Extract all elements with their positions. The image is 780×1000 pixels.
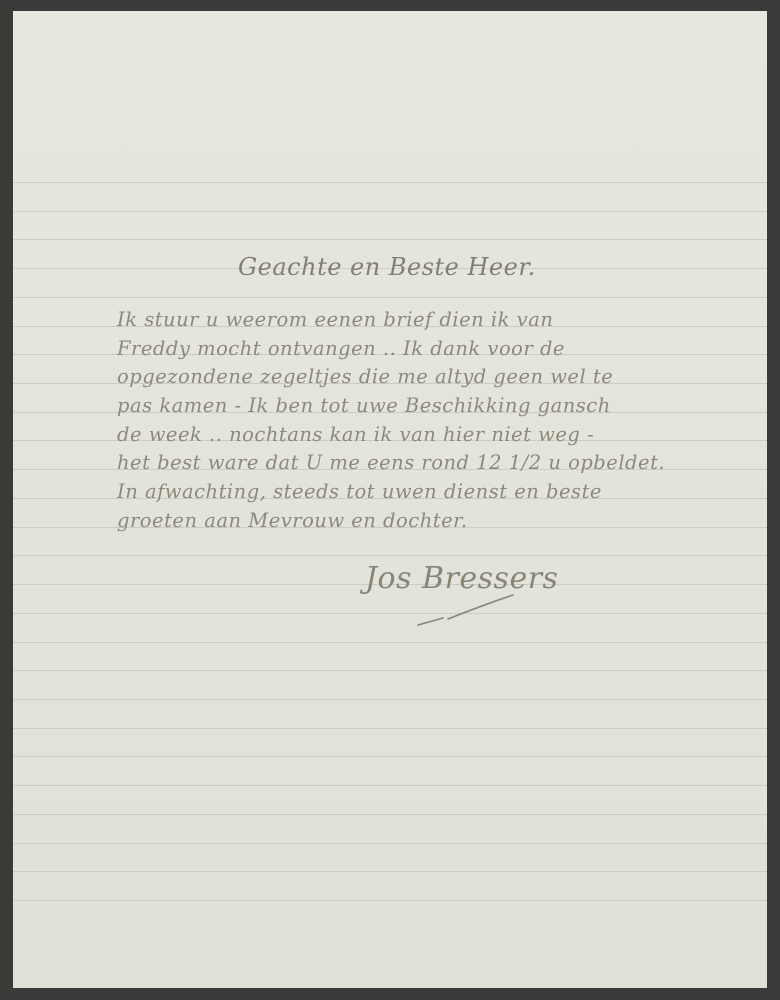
body-line-1: Ik stuur u weerom eenen brief dien ik va… [117, 308, 553, 331]
body-line-4: pas kamen - Ik ben tot uwe Beschikking g… [117, 394, 611, 417]
ruled-line [13, 900, 767, 901]
ruled-line [13, 239, 767, 240]
body-line-7: In afwachting, steeds tot uwen dienst en… [117, 480, 602, 503]
ruled-line [13, 756, 767, 757]
ruled-line [13, 670, 767, 671]
ruled-line [13, 642, 767, 643]
letter-page: Geachte en Beste Heer. Ik stuur u weerom… [13, 11, 767, 988]
ruled-line [13, 814, 767, 815]
body-line-3: opgezondene zegeltjes die me altyd geen … [117, 365, 613, 388]
body-line-2: Freddy mocht ontvangen .. Ik dank voor d… [117, 337, 565, 360]
ruled-line [13, 871, 767, 872]
ruled-line [13, 297, 767, 298]
ruled-line [13, 613, 767, 614]
ruled-line [13, 211, 767, 212]
ruled-line [13, 182, 767, 183]
ruled-line [13, 699, 767, 700]
body-line-6: het best ware dat U me eens rond 12 1/2 … [117, 451, 665, 474]
ruled-line [13, 728, 767, 729]
ruled-line [13, 555, 767, 556]
ruled-line [13, 843, 767, 844]
body-line-5: de week .. nochtans kan ik van hier niet… [117, 423, 594, 446]
signature-flourish-icon [413, 591, 523, 631]
body-line-8: groeten aan Mevrouw en dochter. [117, 509, 468, 532]
salutation: Geachte en Beste Heer. [238, 253, 536, 281]
ruled-line [13, 785, 767, 786]
